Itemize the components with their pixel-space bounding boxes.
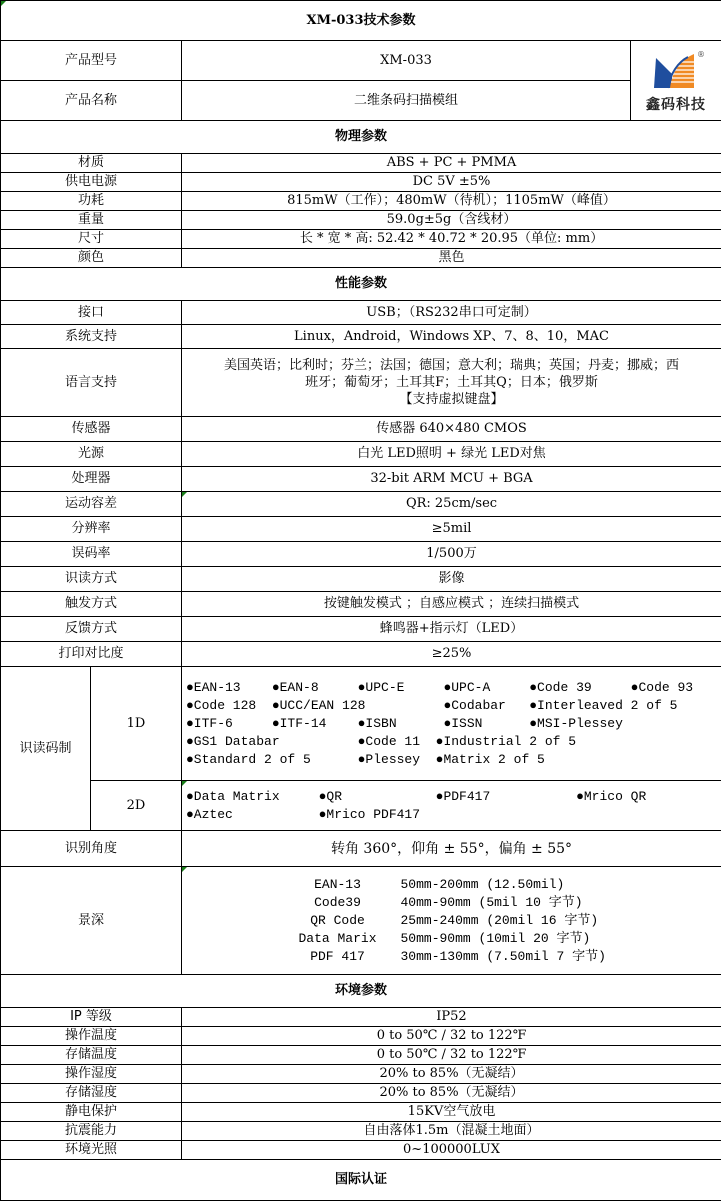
row-value: 按键触发模式 ；自感应模式 ；连续扫描模式: [182, 592, 721, 617]
row-label: 光源: [1, 442, 182, 467]
spec-row: 反馈方式蜂鸣器+指示灯（LED）: [1, 617, 721, 642]
row-value: 15KV空气放电: [182, 1103, 721, 1122]
spec-row-name: 产品名称 二维条码扫描模组: [1, 81, 721, 121]
spec-row-angle: 识别角度 转角 360°，仰角 ± 55°，偏角 ± 55°: [1, 831, 721, 867]
symbology-line: ●Data Matrix ●QR ●PDF417 ●Mrico QR: [186, 788, 717, 806]
spec-row: 抗震能力自由落体1.5m（混凝土地面）: [1, 1122, 721, 1141]
language-line: 【支持虚拟键盘】: [186, 391, 717, 408]
row-label: 环境光照: [1, 1141, 182, 1160]
spec-row: 打印对比度≥25%: [1, 642, 721, 667]
row-value: Linux，Android，Windows XP、7、8、10，MAC: [182, 325, 721, 349]
spec-row: 处理器32-bit ARM MCU + BGA: [1, 467, 721, 492]
row-label: 识别角度: [1, 831, 182, 867]
cell-comment-marker: [182, 867, 187, 872]
row-value: 1/500万: [182, 542, 721, 567]
spec-row: 分辨率≥5mil: [1, 517, 721, 542]
spec-row: 误码率1/500万: [1, 542, 721, 567]
symbology-line: ●Aztec ●Mrico PDF417: [186, 806, 717, 824]
row-label: 运动容差: [1, 492, 182, 517]
spec-row: 接口USB；（RS232串口可定制）: [1, 301, 721, 325]
cell-comment-marker: [182, 781, 187, 786]
depth-row: QR Code25mm-240mm (20mil 16 字节): [182, 912, 721, 930]
depth-row: Code3940mm-90mm (5mil 10 字节): [182, 894, 721, 912]
row-value: 0~100000LUX: [182, 1141, 721, 1160]
row-value: 20% to 85%（无凝结）: [182, 1065, 721, 1084]
row-label: 接口: [1, 301, 182, 325]
symbology-line: ●Code 128 ●UCC/EAN 128 ●Codabar ●Interle…: [186, 697, 717, 715]
row-label: 识读码制: [1, 667, 91, 831]
row-value: 0 to 50℃ / 32 to 122℉: [182, 1027, 721, 1046]
depth-of-field-table: EAN-1350mm-200mm (12.50mil) Code3940mm-9…: [182, 867, 721, 975]
section-header-performance: 性能参数: [1, 268, 721, 301]
row-label: 静电保护: [1, 1103, 182, 1122]
row-label: 抗震能力: [1, 1122, 182, 1141]
spec-row: 功耗815mW（工作）；480mW（待机）；1105mW（峰值）: [1, 192, 721, 211]
section-header-certification: 国际认证: [1, 1160, 721, 1201]
symbology-list-2d: ●Data Matrix ●QR ●PDF417 ●Mrico QR ●Azte…: [182, 781, 721, 831]
row-label: 颜色: [1, 249, 182, 268]
section-title: 性能参数: [1, 268, 721, 301]
row-value: 影像: [182, 567, 721, 592]
row-label: 供电电源: [1, 173, 182, 192]
spec-row: 识读方式影像: [1, 567, 721, 592]
row-label: 语言支持: [1, 349, 182, 417]
row-label: 误码率: [1, 542, 182, 567]
row-value: QR: 25cm/sec: [182, 492, 721, 517]
row-label: IP 等级: [1, 1008, 182, 1027]
spec-row-model: 产品型号 XM-033 ® 鑫码科技: [1, 41, 721, 81]
row-label: 触发方式: [1, 592, 182, 617]
sub-label-1d: 1D: [91, 667, 182, 781]
symbology-line: ●EAN-13 ●EAN-8 ●UPC-E ●UPC-A ●Code 39 ●C…: [186, 679, 717, 697]
spec-row: IP 等级IP52: [1, 1008, 721, 1027]
row-value: 自由落体1.5m（混凝土地面）: [182, 1122, 721, 1141]
cell-comment-marker: [1, 1, 6, 6]
language-line: 班牙；葡萄牙；土耳其F；土耳其Q；日本；俄罗斯: [186, 374, 717, 391]
row-value: 32-bit ARM MCU + BGA: [182, 467, 721, 492]
document-title: XM-033技术参数: [1, 1, 721, 41]
row-label: 分辨率: [1, 517, 182, 542]
row-value: 815mW（工作）；480mW（待机）；1105mW（峰值）: [182, 192, 721, 211]
row-value: ≥5mil: [182, 517, 721, 542]
sub-label-2d: 2D: [91, 781, 182, 831]
cell-comment-marker: [182, 492, 187, 497]
spec-row: 供电电源DC 5V ±5%: [1, 173, 721, 192]
section-title: 环境参数: [1, 975, 721, 1008]
sail-logo-icon: ®: [648, 48, 704, 94]
row-value: 美国英语；比利时；芬兰；法国；德国；意大利；瑞典；英国；丹麦；挪威；西 班牙；葡…: [182, 349, 721, 417]
row-label: 重量: [1, 211, 182, 230]
symbology-line: ●GS1 Databar ●Code 11 ●Industrial 2 of 5: [186, 733, 717, 751]
row-value: USB；（RS232串口可定制）: [182, 301, 721, 325]
spec-row-languages: 语言支持 美国英语；比利时；芬兰；法国；德国；意大利；瑞典；英国；丹麦；挪威；西…: [1, 349, 721, 417]
spec-row: 系统支持Linux，Android，Windows XP、7、8、10，MAC: [1, 325, 721, 349]
spec-row: 触发方式按键触发模式 ；自感应模式 ；连续扫描模式: [1, 592, 721, 617]
spec-row: 存储温度0 to 50℃ / 32 to 122℉: [1, 1046, 721, 1065]
row-label: 存储温度: [1, 1046, 182, 1065]
spec-row: 运动容差QR: 25cm/sec: [1, 492, 721, 517]
spec-row: 存储湿度20% to 85%（无凝结）: [1, 1084, 721, 1103]
row-label: 操作湿度: [1, 1065, 182, 1084]
spec-row-depth-of-field: 景深 EAN-1350mm-200mm (12.50mil) Code3940m…: [1, 867, 721, 975]
row-label: 景深: [1, 867, 182, 975]
section-header-environment: 环境参数: [1, 975, 721, 1008]
row-label: 打印对比度: [1, 642, 182, 667]
row-value: 蜂鸣器+指示灯（LED）: [182, 617, 721, 642]
spec-row: 材质ABS + PC + PMMA: [1, 154, 721, 173]
spec-row: 传感器传感器 640×480 CMOS: [1, 417, 721, 442]
svg-text:®: ®: [697, 50, 704, 59]
section-title: 物理参数: [1, 121, 721, 154]
brand-name: 鑫码科技: [646, 96, 706, 114]
row-value: 传感器 640×480 CMOS: [182, 417, 721, 442]
row-value: IP52: [182, 1008, 721, 1027]
row-value: 59.0g±5g（含线材）: [182, 211, 721, 230]
row-label: 反馈方式: [1, 617, 182, 642]
row-label: 材质: [1, 154, 182, 173]
spec-row: 重量59.0g±5g（含线材）: [1, 211, 721, 230]
row-label: 处理器: [1, 467, 182, 492]
section-header-physical: 物理参数: [1, 121, 721, 154]
title-row: XM-033技术参数: [1, 1, 721, 41]
symbology-row-2d: 2D ●Data Matrix ●QR ●PDF417 ●Mrico QR ●A…: [1, 781, 721, 831]
row-value: 二维条码扫描模组: [182, 81, 631, 121]
row-label: 传感器: [1, 417, 182, 442]
row-value: 转角 360°，仰角 ± 55°，偏角 ± 55°: [182, 831, 721, 867]
spec-row: 颜色黑色: [1, 249, 721, 268]
spec-row: 静电保护15KV空气放电: [1, 1103, 721, 1122]
spec-sheet: XM-033技术参数 产品型号 XM-033 ® 鑫码科技: [0, 0, 721, 1201]
row-value: ≥25%: [182, 642, 721, 667]
symbology-row-1d: 识读码制 1D ●EAN-13 ●EAN-8 ●UPC-E ●UPC-A ●Co…: [1, 667, 721, 781]
symbology-line: ●Standard 2 of 5 ●Plessey ●Matrix 2 of 5: [186, 751, 717, 769]
row-label: 功耗: [1, 192, 182, 211]
row-label: 系统支持: [1, 325, 182, 349]
row-value: 20% to 85%（无凝结）: [182, 1084, 721, 1103]
row-label: 操作温度: [1, 1027, 182, 1046]
row-value: 0 to 50℃ / 32 to 122℉: [182, 1046, 721, 1065]
spec-row: 操作湿度20% to 85%（无凝结）: [1, 1065, 721, 1084]
symbology-line: ●ITF-6 ●ITF-14 ●ISBN ●ISSN ●MSI-Plessey: [186, 715, 717, 733]
row-value: 长 * 宽 * 高: 52.42 * 40.72 * 20.95（单位: mm）: [182, 230, 721, 249]
row-label: 产品型号: [1, 41, 182, 81]
section-title: 国际认证: [1, 1160, 721, 1201]
row-value: 白光 LED照明 + 绿光 LED对焦: [182, 442, 721, 467]
spec-row: 尺寸长 * 宽 * 高: 52.42 * 40.72 * 20.95（单位: m…: [1, 230, 721, 249]
row-label: 存储湿度: [1, 1084, 182, 1103]
language-line: 美国英语；比利时；芬兰；法国；德国；意大利；瑞典；英国；丹麦；挪威；西: [186, 357, 717, 374]
company-logo: ® 鑫码科技: [631, 41, 721, 121]
row-value: 黑色: [182, 249, 721, 268]
depth-row: EAN-1350mm-200mm (12.50mil): [182, 876, 721, 894]
spec-row: 操作温度0 to 50℃ / 32 to 122℉: [1, 1027, 721, 1046]
spec-table: XM-033技术参数 产品型号 XM-033 ® 鑫码科技: [0, 0, 721, 1201]
depth-row: PDF 41730mm-130mm (7.50mil 7 字节): [182, 948, 721, 966]
row-value: ABS + PC + PMMA: [182, 154, 721, 173]
symbology-list-1d: ●EAN-13 ●EAN-8 ●UPC-E ●UPC-A ●Code 39 ●C…: [182, 667, 721, 781]
row-value: XM-033: [182, 41, 631, 81]
spec-row: 环境光照0~100000LUX: [1, 1141, 721, 1160]
depth-row: Data Marix50mm-90mm (10mil 20 字节): [182, 930, 721, 948]
spec-row: 光源白光 LED照明 + 绿光 LED对焦: [1, 442, 721, 467]
row-label: 识读方式: [1, 567, 182, 592]
row-value: DC 5V ±5%: [182, 173, 721, 192]
row-label: 尺寸: [1, 230, 182, 249]
row-label: 产品名称: [1, 81, 182, 121]
